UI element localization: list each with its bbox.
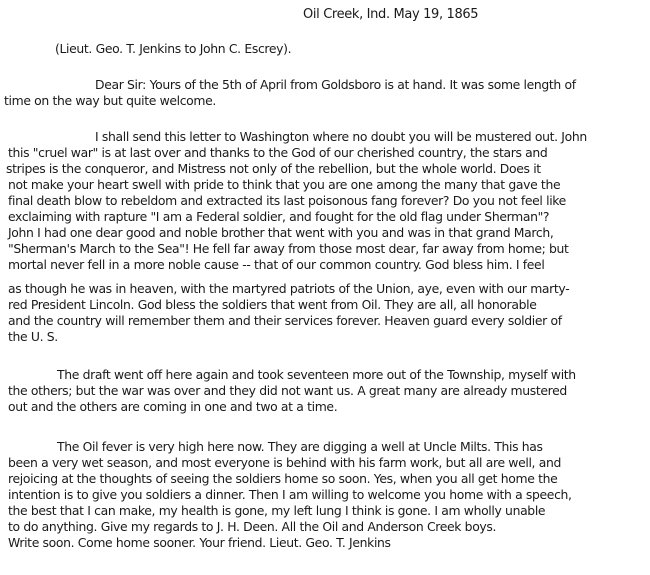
letter-line: John I had one dear good and noble broth… (8, 225, 553, 241)
letter-line: stripes is the conqueror, and Mistress n… (6, 161, 541, 177)
letter-line: been a very wet season, and most everyon… (8, 455, 561, 471)
letter-line: to do anything. Give my regards to J. H.… (8, 519, 496, 535)
letter-line: the others; but the war was over and the… (8, 383, 567, 399)
letter-line: the best that I can make, my health is g… (8, 503, 545, 519)
letter-line: the U. S. (8, 329, 58, 345)
signature-line: Write soon. Come home sooner. Your frien… (8, 535, 391, 551)
letter-line: rejoicing at the thoughts of seeing the … (8, 471, 557, 487)
letter-line: and the country will remember them and t… (8, 313, 562, 329)
letter-line: Dear Sir: Yours of the 5th of April from… (95, 77, 576, 93)
letter-line: The draft went off here again and took s… (57, 367, 576, 383)
letter-line: out and the others are coming in one and… (8, 399, 337, 415)
letter-line: red President Lincoln. God bless the sol… (8, 297, 536, 313)
letter-line: as though he was in heaven, with the mar… (8, 281, 569, 297)
letter-line: final death blow to rebeldom and extract… (8, 193, 566, 209)
letter-line: exclaiming with rapture "I am a Federal … (8, 209, 549, 225)
letter-line: The Oil fever is very high here now. The… (57, 439, 543, 455)
letter-line: mortal never fell in a more noble cause … (8, 257, 544, 273)
letter-line: time on the way but quite welcome. (4, 93, 216, 109)
attribution-line: (Lieut. Geo. T. Jenkins to John C. Escre… (55, 41, 291, 57)
place-date-heading: Oil Creek, Ind. May 19, 1865 (303, 7, 478, 23)
letter-line: "Sherman's March to the Sea"! He fell fa… (8, 241, 569, 257)
letter-line: I shall send this letter to Washington w… (95, 129, 587, 145)
letter-line: this "cruel war" is at last over and tha… (8, 145, 547, 161)
letter-page: Oil Creek, Ind. May 19, 1865 (Lieut. Geo… (0, 0, 650, 575)
letter-line: not make your heart swell with pride to … (8, 177, 560, 193)
letter-line: intention is to give you soldiers a dinn… (8, 487, 572, 503)
